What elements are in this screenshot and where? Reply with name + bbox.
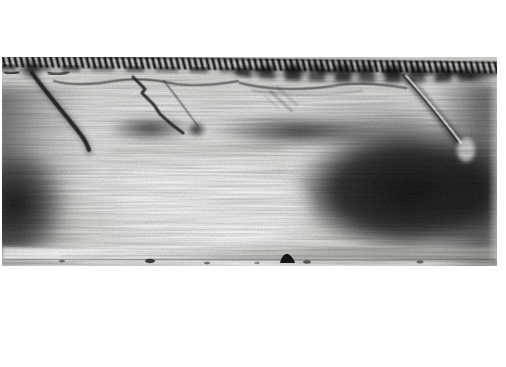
photo-figure xyxy=(2,57,497,266)
grain-light-rect xyxy=(2,57,497,266)
page: { "figure": { "alt": "Black-and-white ph… xyxy=(0,0,506,367)
grain-highlights xyxy=(2,57,497,266)
